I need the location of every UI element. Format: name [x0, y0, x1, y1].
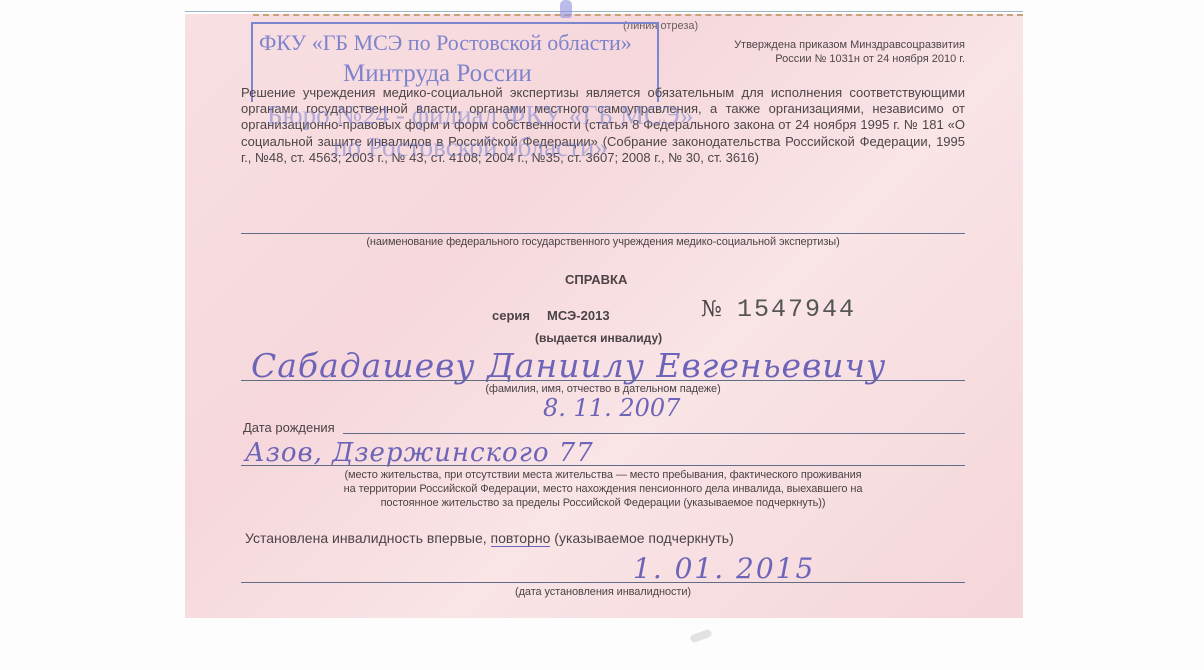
address-caption-line-2: на территории Российской Федерации, мест… [241, 482, 965, 496]
established-date-rule [241, 582, 965, 583]
stamp-line-2: Минтруда России [343, 60, 532, 88]
ink-mark [560, 0, 572, 18]
disability-suffix: (указываемое подчеркнуть) [554, 530, 733, 546]
disability-selected-option: повторно [491, 530, 551, 547]
stamp-line-1: ФКУ «ГБ МСЭ по Ростовской области» [259, 30, 632, 56]
document-title: СПРАВКА [565, 272, 627, 287]
address-caption-line-3: постоянное жительство за пределы Российс… [241, 496, 965, 510]
series-value: МСЭ-2013 [547, 308, 610, 323]
disability-line: Установлена инвалидность впервые, повтор… [245, 530, 734, 546]
paper-edge [185, 11, 1023, 12]
disability-prefix: Установлена инвалидность впервые, [245, 530, 487, 546]
address-caption: (место жительства, при отсутствии места … [241, 468, 965, 510]
certificate-number: 1547944 [737, 295, 856, 324]
address-rule [241, 465, 965, 466]
birth-date-handwritten: 8. 11. 2007 [543, 394, 680, 422]
full-name-rule [241, 380, 965, 381]
scan-smudge [689, 628, 712, 643]
address-handwritten: Азов, Дзержинского 77 [245, 438, 594, 468]
established-date-handwritten: 1. 01. 2015 [633, 552, 815, 585]
approval-note: Утверждена приказом Минздравсоцразвития … [625, 38, 965, 66]
cut-line [253, 14, 1023, 16]
birth-date-label: Дата рождения [243, 420, 335, 435]
number-sign: № [701, 297, 722, 322]
birth-date-rule [343, 433, 965, 434]
approval-line-2: России № 1031н от 24 ноября 2010 г. [625, 52, 965, 66]
address-caption-line-1: (место жительства, при отсутствии места … [241, 468, 965, 482]
stamp-overlay-line-2: по Ростовской области» [333, 132, 608, 163]
institution-caption: (наименование федерального государственн… [241, 236, 965, 248]
series-label: серия [492, 308, 530, 323]
stamp-overlay-line-1: Бюро №24 - филиал ФКУ «ГБ МСЭ» [267, 100, 693, 131]
certificate-paper: (линия отреза) Утверждена приказом Минзд… [185, 14, 1023, 618]
established-date-caption: (дата установления инвалидности) [241, 586, 965, 598]
issued-to-note: (выдается инвалиду) [535, 331, 662, 345]
approval-line-1: Утверждена приказом Минздравсоцразвития [625, 38, 965, 52]
institution-rule [241, 233, 965, 234]
